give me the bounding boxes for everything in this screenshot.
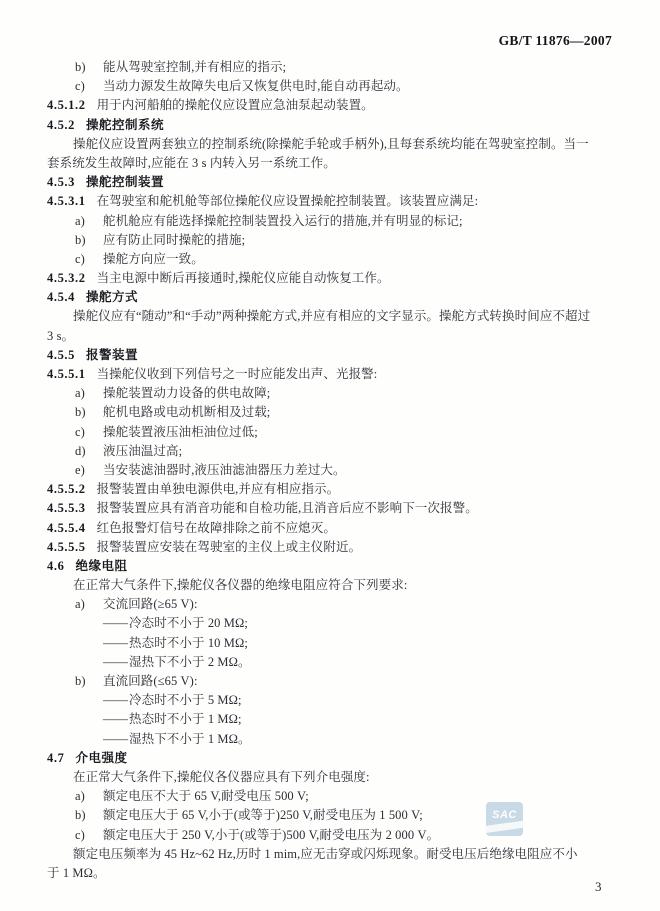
list-item: c)操舵方向应一致。 bbox=[47, 250, 617, 269]
line-text: 介电强度 bbox=[75, 751, 127, 765]
list-label: a) bbox=[75, 212, 103, 231]
clause-number: 4.5.5.3 bbox=[47, 501, 86, 515]
clause-number: 4.5.5.2 bbox=[47, 482, 86, 496]
list-item: d)液压油温过高; bbox=[47, 442, 617, 461]
clause-number: 4.5.5.1 bbox=[47, 367, 86, 381]
list-label: e) bbox=[75, 461, 103, 480]
line-text: 液压油温过高; bbox=[103, 444, 182, 458]
section-heading: 4.7介电强度 bbox=[47, 749, 617, 768]
clause-number: 4.5.2 bbox=[47, 118, 75, 132]
clause-number: 4.5.1.2 bbox=[47, 98, 86, 112]
dash-item: ——冷态时不小于 5 MΩ; bbox=[47, 691, 617, 710]
line-text: 操舵方式 bbox=[86, 290, 138, 304]
list-item: b)能从驾驶室控制,并有相应的指示; bbox=[47, 58, 617, 77]
line-text: 额定电压大于 65 V,小于(或等于)250 V,耐受电压为 1 500 V; bbox=[103, 808, 423, 822]
section-heading: 4.5.3操舵控制装置 bbox=[47, 173, 617, 192]
paragraph-line: 在正常大气条件下,操舵仪各仪器应具有下列介电强度: bbox=[47, 768, 617, 787]
line-text: 能从驾驶室控制,并有相应的指示; bbox=[103, 60, 286, 74]
dash-item: ——冷态时不小于 20 MΩ; bbox=[47, 614, 617, 633]
line-text: 热态时不小于 10 MΩ; bbox=[129, 636, 248, 650]
section-heading: 4.5.5报警装置 bbox=[47, 346, 617, 365]
clause-line: 4.5.5.2报警装置由单独电源供电,并应有相应指示。 bbox=[47, 480, 617, 499]
list-item: a)额定电压不大于 65 V,耐受电压 500 V; bbox=[47, 787, 617, 806]
list-item: b)额定电压大于 65 V,小于(或等于)250 V,耐受电压为 1 500 V… bbox=[47, 806, 617, 825]
sac-watermark-logo: SAC bbox=[486, 802, 523, 836]
clause-number: 4.5.3.2 bbox=[47, 271, 86, 285]
clause-number: 4.6 bbox=[47, 559, 64, 573]
line-text: 在正常大气条件下,操舵仪各仪器的绝缘电阻应符合下列要求: bbox=[47, 578, 407, 592]
clause-line: 4.5.5.4红色报警灯信号在故障排除之前不应熄灭。 bbox=[47, 519, 617, 538]
list-label: c) bbox=[75, 826, 103, 845]
clause-number: 4.7 bbox=[47, 751, 64, 765]
list-item: b)舵机电路或电动机断相及过载; bbox=[47, 403, 617, 422]
line-text: 操舵仪应设置两套独立的控制系统(除操舵手轮或手柄外),且每套系统均能在驾驶室控制… bbox=[47, 137, 589, 151]
list-label: b) bbox=[75, 403, 103, 422]
line-text: 套系统发生故障时,应能在 3 s 内转入另一系统工作。 bbox=[47, 156, 336, 170]
section-heading: 4.5.2操舵控制系统 bbox=[47, 116, 617, 135]
list-label: b) bbox=[75, 806, 103, 825]
list-label: c) bbox=[75, 250, 103, 269]
line-text: 操舵方向应一致。 bbox=[103, 252, 204, 266]
line-text: 当操舵仪收到下列信号之一时应能发出声、光报警: bbox=[97, 367, 378, 381]
clause-line: 4.5.5.3报警装置应具有消音功能和自检功能,且消音后应不影响下一次报警。 bbox=[47, 499, 617, 518]
clause-line: 4.5.3.1在驾驶室和舵机舱等部位操舵仪应设置操舵控制装置。该装置应满足: bbox=[47, 192, 617, 211]
document-page: GB/T 11876—2007 b)能从驾驶室控制,并有相应的指示;c)当动力源… bbox=[0, 0, 660, 911]
dash-mark: —— bbox=[103, 732, 128, 746]
standard-code: GB/T 11876—2007 bbox=[499, 33, 612, 48]
clause-number: 4.5.4 bbox=[47, 290, 75, 304]
list-item: c)额定电压大于 250 V,小于(或等于)500 V,耐受电压为 2 000 … bbox=[47, 826, 617, 845]
line-text: 热态时不小于 1 MΩ; bbox=[129, 712, 242, 726]
line-text: 于 1 MΩ。 bbox=[47, 866, 106, 880]
paragraph-line: 套系统发生故障时,应能在 3 s 内转入另一系统工作。 bbox=[47, 154, 617, 173]
list-label: a) bbox=[75, 384, 103, 403]
clause-number: 4.5.5.4 bbox=[47, 521, 86, 535]
line-text: 红色报警灯信号在故障排除之前不应熄灭。 bbox=[97, 521, 336, 535]
line-text: 报警装置应安装在驾驶室的主仪上或主仪附近。 bbox=[97, 540, 362, 554]
list-item: a)操舵装置动力设备的供电故障; bbox=[47, 384, 617, 403]
dash-mark: —— bbox=[103, 712, 128, 726]
clause-number: 4.5.5 bbox=[47, 348, 75, 362]
list-item: a)舵机舱应有能选择操舵控制装置投入运行的措施,并有明显的标记; bbox=[47, 212, 617, 231]
clause-number: 4.5.3.1 bbox=[47, 194, 86, 208]
list-label: b) bbox=[75, 231, 103, 250]
line-text: 操舵仪应有“随动”和“手动”两种操舵方式,并应有相应的文字显示。操舵方式转换时间… bbox=[47, 309, 590, 323]
line-text: 操舵控制系统 bbox=[86, 118, 164, 132]
line-text: 应有防止同时操舵的措施; bbox=[103, 233, 245, 247]
line-text: 直流回路(≤65 V): bbox=[103, 674, 198, 688]
list-label: b) bbox=[75, 672, 103, 691]
section-heading: 4.5.4操舵方式 bbox=[47, 288, 617, 307]
clause-line: 4.5.1.2用于内河船舶的操舵仪应设置应急油泵起动装置。 bbox=[47, 96, 617, 115]
line-text: 交流回路(≥65 V): bbox=[103, 597, 198, 611]
line-text: 当主电源中断后再接通时,操舵仪应能自动恢复工作。 bbox=[97, 271, 390, 285]
sac-watermark-text: SAC bbox=[492, 809, 517, 821]
line-text: 在驾驶室和舵机舱等部位操舵仪应设置操舵控制装置。该装置应满足: bbox=[97, 194, 479, 208]
document-body: b)能从驾驶室控制,并有相应的指示;c)当动力源发生故障失电后又恢复供电时,能自… bbox=[47, 58, 617, 883]
list-item: c)操舵装置液压油柜油位过低; bbox=[47, 423, 617, 442]
line-text: 舵机舱应有能选择操舵控制装置投入运行的措施,并有明显的标记; bbox=[103, 214, 463, 228]
clause-number: 4.5.3 bbox=[47, 175, 75, 189]
dash-mark: —— bbox=[103, 636, 128, 650]
clause-line: 4.5.5.1当操舵仪收到下列信号之一时应能发出声、光报警: bbox=[47, 365, 617, 384]
list-label: c) bbox=[75, 77, 103, 96]
paragraph-line: 额定电压频率为 45 Hz~62 Hz,历时 1 mim,应无击穿或闪烁现象。耐… bbox=[47, 845, 617, 864]
line-text: 湿热下不小于 2 MΩ。 bbox=[129, 655, 251, 669]
line-text: 报警装置应具有消音功能和自检功能,且消音后应不影响下一次报警。 bbox=[97, 501, 478, 515]
line-text: 额定电压频率为 45 Hz~62 Hz,历时 1 mim,应无击穿或闪烁现象。耐… bbox=[47, 847, 578, 861]
line-text: 冷态时不小于 20 MΩ; bbox=[129, 616, 248, 630]
list-label: a) bbox=[75, 595, 103, 614]
list-item: a)交流回路(≥65 V): bbox=[47, 595, 617, 614]
line-text: 当安装滤油器时,液压油滤油器压力差过大。 bbox=[103, 463, 346, 477]
section-heading: 4.6绝缘电阻 bbox=[47, 557, 617, 576]
paragraph-line: 操舵仪应设置两套独立的控制系统(除操舵手轮或手柄外),且每套系统均能在驾驶室控制… bbox=[47, 135, 617, 154]
line-text: 额定电压大于 250 V,小于(或等于)500 V,耐受电压为 2 000 V。 bbox=[103, 828, 439, 842]
list-item: c)当动力源发生故障失电后又恢复供电时,能自动再起动。 bbox=[47, 77, 617, 96]
dash-mark: —— bbox=[103, 693, 128, 707]
line-text: 当动力源发生故障失电后又恢复供电时,能自动再起动。 bbox=[103, 79, 409, 93]
clause-line: 4.5.3.2当主电源中断后再接通时,操舵仪应能自动恢复工作。 bbox=[47, 269, 617, 288]
list-label: a) bbox=[75, 787, 103, 806]
line-text: 冷态时不小于 5 MΩ; bbox=[129, 693, 242, 707]
paragraph-line: 3 s。 bbox=[47, 327, 617, 346]
line-text: 操舵控制装置 bbox=[86, 175, 164, 189]
line-text: 湿热下不小于 1 MΩ。 bbox=[129, 732, 251, 746]
line-text: 额定电压不大于 65 V,耐受电压 500 V; bbox=[103, 789, 309, 803]
line-text: 绝缘电阻 bbox=[75, 559, 127, 573]
dash-mark: —— bbox=[103, 616, 128, 630]
line-text: 操舵装置动力设备的供电故障; bbox=[103, 386, 270, 400]
line-text: 报警装置 bbox=[86, 348, 138, 362]
line-text: 操舵装置液压油柜油位过低; bbox=[103, 425, 258, 439]
line-text: 3 s。 bbox=[47, 329, 74, 343]
dash-mark: —— bbox=[103, 655, 128, 669]
list-label: c) bbox=[75, 423, 103, 442]
line-text: 报警装置由单独电源供电,并应有相应指示。 bbox=[97, 482, 340, 496]
list-label: d) bbox=[75, 442, 103, 461]
clause-line: 4.5.5.5报警装置应安装在驾驶室的主仪上或主仪附近。 bbox=[47, 538, 617, 557]
dash-item: ——湿热下不小于 2 MΩ。 bbox=[47, 653, 617, 672]
list-item: e)当安装滤油器时,液压油滤油器压力差过大。 bbox=[47, 461, 617, 480]
paragraph-line: 于 1 MΩ。 bbox=[47, 864, 617, 883]
clause-number: 4.5.5.5 bbox=[47, 540, 86, 554]
dash-item: ——热态时不小于 10 MΩ; bbox=[47, 634, 617, 653]
paragraph-line: 操舵仪应有“随动”和“手动”两种操舵方式,并应有相应的文字显示。操舵方式转换时间… bbox=[47, 307, 617, 326]
paragraph-line: 在正常大气条件下,操舵仪各仪器的绝缘电阻应符合下列要求: bbox=[47, 576, 617, 595]
list-item: b)应有防止同时操舵的措施; bbox=[47, 231, 617, 250]
list-item: b)直流回路(≤65 V): bbox=[47, 672, 617, 691]
line-text: 在正常大气条件下,操舵仪各仪器应具有下列介电强度: bbox=[47, 770, 370, 784]
list-label: b) bbox=[75, 58, 103, 77]
page-header: GB/T 11876—2007 bbox=[47, 32, 612, 50]
dash-item: ——热态时不小于 1 MΩ; bbox=[47, 710, 617, 729]
line-text: 用于内河船舶的操舵仪应设置应急油泵起动装置。 bbox=[97, 98, 374, 112]
line-text: 舵机电路或电动机断相及过载; bbox=[103, 405, 270, 419]
dash-item: ——湿热下不小于 1 MΩ。 bbox=[47, 730, 617, 749]
page-number: 3 bbox=[595, 879, 602, 895]
